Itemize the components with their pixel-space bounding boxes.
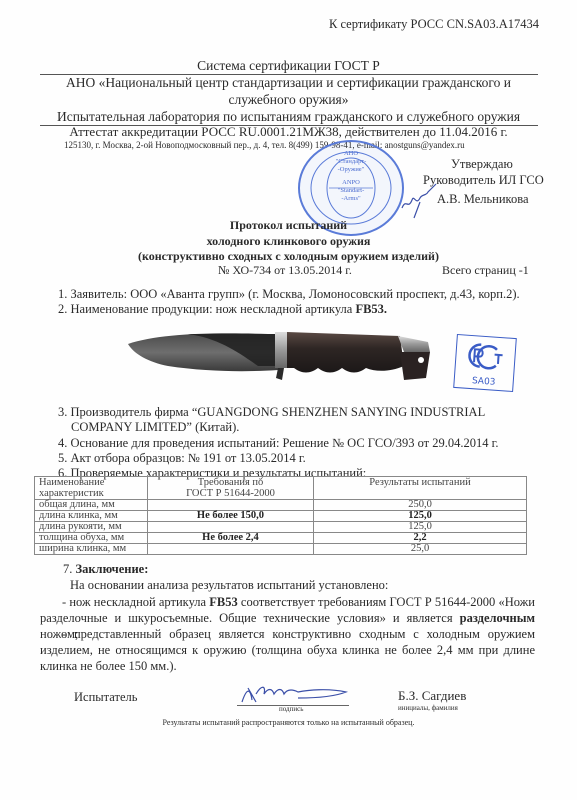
protocol-subtitle-2: (конструктивно сходных с холодным оружие… xyxy=(0,249,577,264)
result-cell: 250,0 xyxy=(314,500,527,511)
tester-name: Б.З. Сагдиев xyxy=(398,688,466,704)
protocol-subtitle: холодного клинкового оружия xyxy=(0,234,577,249)
product-label: 2. Наименование продукции: нож нескладно… xyxy=(58,302,355,316)
knife-type: разделочным xyxy=(460,611,535,625)
conclusion-intro: На основании анализа результатов испытан… xyxy=(70,578,388,593)
approver-position: Руководитель ИЛ ГСО xyxy=(423,173,544,188)
organization-name-line2: служебного оружия» xyxy=(0,92,577,108)
characteristic-cell: общая длина, мм xyxy=(35,500,148,511)
approver-name: А.В. Мельникова xyxy=(437,192,529,207)
applicant: 1. Заявитель: ООО «Аванта групп» (г. Мос… xyxy=(58,287,520,302)
results-table: Наименованиехарактеристик Требования поГ… xyxy=(34,476,527,555)
characteristic-cell: толщина обуха, мм xyxy=(35,533,148,544)
stamp-line: ANPO xyxy=(330,179,372,187)
header-line: ГОСТ Р 51644-2000 xyxy=(152,488,309,499)
approver-signature xyxy=(400,180,440,220)
test-basis: 4. Основание для проведения испытаний: Р… xyxy=(58,436,498,451)
sampling-act: 5. Акт отбора образцов: № 191 от 13.05.2… xyxy=(58,451,306,466)
text: - нож нескладной артикула xyxy=(62,595,209,609)
requirement-cell xyxy=(148,522,314,533)
protocol-title: Протокол испытаний xyxy=(0,218,577,233)
requirement-cell xyxy=(148,544,314,555)
certification-system: Система сертификации ГОСТ Р xyxy=(0,58,577,74)
result-cell: 25,0 xyxy=(314,544,527,555)
stamp-line: "Standart- xyxy=(330,187,372,195)
table-row: длина рукояти, мм125,0 xyxy=(35,522,527,533)
approval-label: Утверждаю xyxy=(451,157,513,172)
header-line: Результаты испытаний xyxy=(318,477,522,488)
result-cell: 2,2 xyxy=(314,533,527,544)
header-line: Требования по xyxy=(152,477,309,488)
tester-label: Испытатель xyxy=(74,690,137,705)
footer-note: Результаты испытаний распространяются то… xyxy=(0,718,577,727)
characteristic-cell: ширина клинка, мм xyxy=(35,544,148,555)
signature-caption: подпись xyxy=(279,705,303,713)
accreditation: Аттестат аккредитации РОСС RU.0001.21МЖ3… xyxy=(0,124,577,140)
requirement-cell: Не более 2,4 xyxy=(148,533,314,544)
requirement-cell: Не более 150,0 xyxy=(148,511,314,522)
result-cell: 125,0 xyxy=(314,511,527,522)
manufacturer-line2: COMPANY LIMITED” (Китай). xyxy=(71,420,239,435)
protocol-number: № ХО-734 от 13.05.2014 г. xyxy=(218,263,352,278)
manufacturer: 3. Производитель фирма “GUANGDONG SHENZH… xyxy=(58,405,485,420)
table-row: ширина клинка, мм25,0 xyxy=(35,544,527,555)
conclusion-heading: 7. Заключение: xyxy=(63,562,148,577)
table-header-row: Наименованиехарактеристик Требования поГ… xyxy=(35,477,527,500)
organization-name-line1: АНО «Национальный центр стандартизации и… xyxy=(0,75,577,91)
characteristic-cell: длина рукояти, мм xyxy=(35,522,148,533)
conclusion-number: 7. xyxy=(63,562,76,576)
laboratory-name: Испытательная лаборатория по испытаниям … xyxy=(0,109,577,125)
stamp-line: "Стандарт- xyxy=(330,158,372,166)
knife-photo xyxy=(128,322,448,392)
stamp-line: -Оружие" xyxy=(330,166,372,174)
gost-mark-label: SA03 xyxy=(454,375,513,389)
tester-signature xyxy=(238,680,350,708)
gost-conformity-mark: SA03 xyxy=(453,334,517,392)
rst-logo-icon xyxy=(465,340,505,373)
conclusion-paragraph-2: - представленный образец является констр… xyxy=(40,626,535,674)
header-line: характеристик xyxy=(39,488,143,499)
header-line: Наименование xyxy=(39,477,143,488)
header-result: Результаты испытаний xyxy=(314,477,527,500)
characteristic-cell: длина клинка, мм xyxy=(35,511,148,522)
stamp-line: -Arms" xyxy=(330,195,372,203)
table-row: толщина обуха, ммНе более 2,42,2 xyxy=(35,533,527,544)
header-characteristic: Наименованиехарактеристик xyxy=(35,477,148,500)
requirement-cell xyxy=(148,500,314,511)
article-number: FB53 xyxy=(209,595,237,609)
table-row: общая длина, мм250,0 xyxy=(35,500,527,511)
product-name: 2. Наименование продукции: нож нескладно… xyxy=(58,302,387,317)
tester-name-caption: инициалы, фамилия xyxy=(398,704,458,712)
result-cell: 125,0 xyxy=(314,522,527,533)
conclusion-title: Заключение: xyxy=(76,562,149,576)
page-count: Всего страниц -1 xyxy=(442,263,529,278)
stamp-text: АНО "Стандарт- -Оружие" ANPO "Standart- … xyxy=(330,150,372,203)
table-row: длина клинка, ммНе более 150,0125,0 xyxy=(35,511,527,522)
product-article: FB53. xyxy=(355,302,387,316)
certificate-reference: К сертификату РОСС CN.SA03.A17434 xyxy=(329,17,539,32)
stamp-line: АНО xyxy=(330,150,372,158)
header-requirement: Требования поГОСТ Р 51644-2000 xyxy=(148,477,314,500)
